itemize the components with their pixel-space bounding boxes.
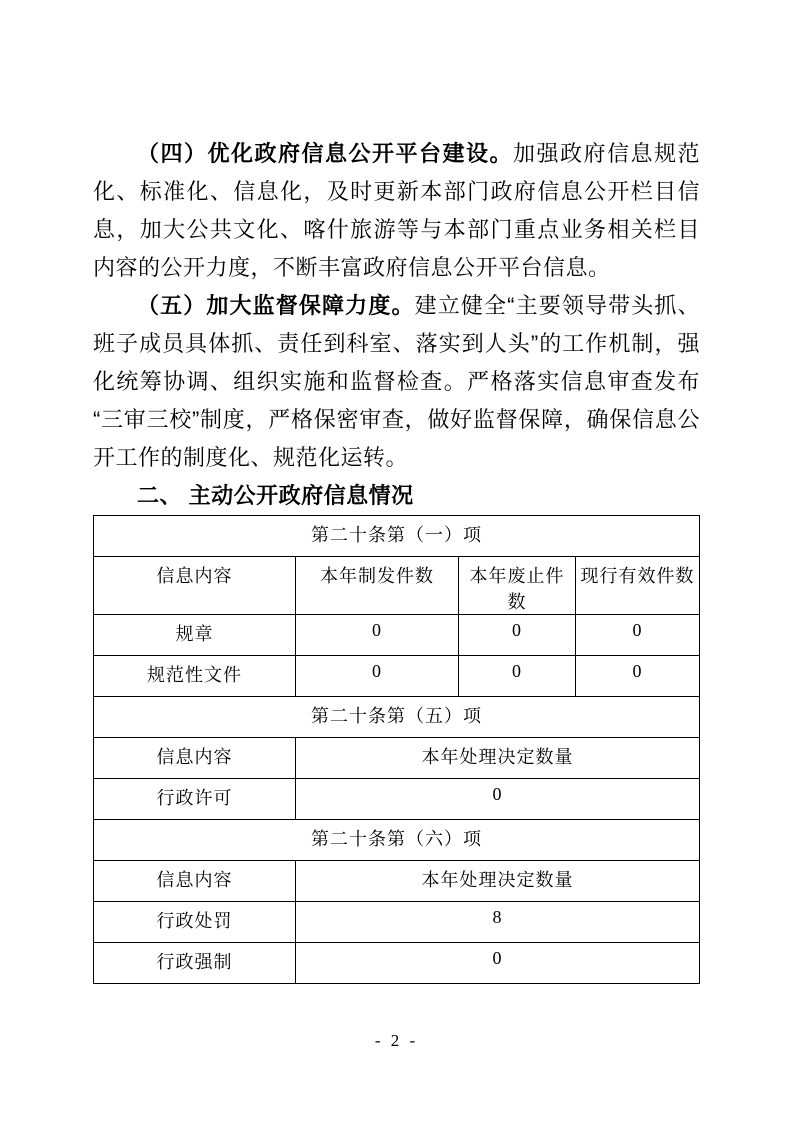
section-heading: 二、 主动公开政府信息情况 [93,477,700,515]
document-page: （四）优化政府信息公开平台建设。加强政府信息规范化、标准化、信息化，及时更新本部… [0,0,793,1122]
row-label: 行政许可 [94,779,296,820]
table-header-row: 信息内容 本年处理决定数量 [94,738,700,779]
row-value: 0 [296,615,459,656]
row-value: 0 [576,615,700,656]
table-header-cell: 本年废止件数 [459,557,576,615]
row-value: 8 [296,902,700,943]
table-section-title-row: 第二十条第（六）项 [94,820,700,861]
paragraph-item-4: （四）优化政府信息公开平台建设。加强政府信息规范化、标准化、信息化，及时更新本部… [93,135,700,287]
page-number: - 2 - [0,1031,793,1051]
table-section-title: 第二十条第（五）项 [94,697,700,738]
table-row: 规范性文件 0 0 0 [94,656,700,697]
table-section-title-row: 第二十条第（五）项 [94,697,700,738]
row-label: 行政处罚 [94,902,296,943]
table-header-cell: 现行有效件数 [576,557,700,615]
row-value: 0 [296,779,700,820]
paragraph-lead: （五）加大监督保障力度。 [137,293,415,318]
paragraph-text: 建立健全“主要领导带头抓、班子成员具体抓、责任到科室、落实到人头”的工作机制，强… [93,293,700,470]
table-header-row: 信息内容 本年制发件数 本年废止件数 现行有效件数 [94,557,700,615]
table-header-cell: 信息内容 [94,557,296,615]
table-header-cell: 信息内容 [94,861,296,902]
paragraph-item-5: （五）加大监督保障力度。建立健全“主要领导带头抓、班子成员具体抓、责任到科室、落… [93,287,700,477]
row-value: 0 [459,615,576,656]
row-value: 0 [296,656,459,697]
info-disclosure-table: 第二十条第（一）项 信息内容 本年制发件数 本年废止件数 现行有效件数 规章 0… [93,515,700,984]
row-label: 行政强制 [94,943,296,984]
table-row: 行政许可 0 [94,779,700,820]
table-header-cell: 本年处理决定数量 [296,861,700,902]
table-row: 行政处罚 8 [94,902,700,943]
table-header-row: 信息内容 本年处理决定数量 [94,861,700,902]
paragraph-lead: （四）优化政府信息公开平台建设。 [137,141,513,166]
table-header-cell: 本年制发件数 [296,557,459,615]
table-header-cell: 本年处理决定数量 [296,738,700,779]
row-value: 0 [459,656,576,697]
document-content: （四）优化政府信息公开平台建设。加强政府信息规范化、标准化、信息化，及时更新本部… [93,0,700,984]
table-row: 行政强制 0 [94,943,700,984]
table-section-title: 第二十条第（一）项 [94,516,700,557]
row-label: 规章 [94,615,296,656]
table-section-title-row: 第二十条第（一）项 [94,516,700,557]
table-header-cell: 信息内容 [94,738,296,779]
row-value: 0 [576,656,700,697]
row-value: 0 [296,943,700,984]
row-label: 规范性文件 [94,656,296,697]
table-section-title: 第二十条第（六）项 [94,820,700,861]
table-row: 规章 0 0 0 [94,615,700,656]
